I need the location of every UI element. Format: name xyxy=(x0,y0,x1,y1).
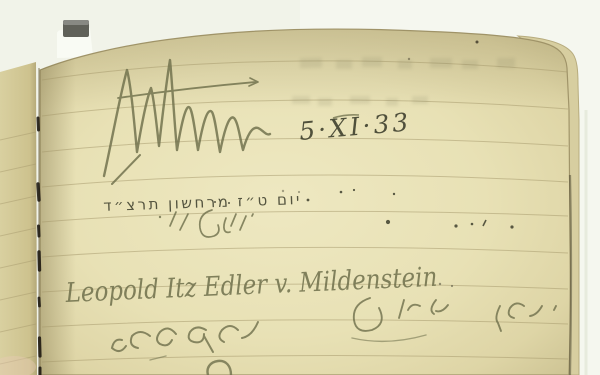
page-block-edge xyxy=(570,175,571,375)
paper-speck-2 xyxy=(408,58,410,60)
notebook-page-scene: 5·XI·33 יום ט״ז מרחשון תרצ״ד xyxy=(0,0,600,375)
clip-object-highlight xyxy=(63,20,89,25)
paper-speck xyxy=(476,41,479,44)
page-gutter-shadow xyxy=(40,60,76,375)
guestbook-photo: 5·XI·33 יום ט״ז מרחשון תרצ״ד xyxy=(0,0,600,375)
binding-stitches xyxy=(38,68,40,375)
